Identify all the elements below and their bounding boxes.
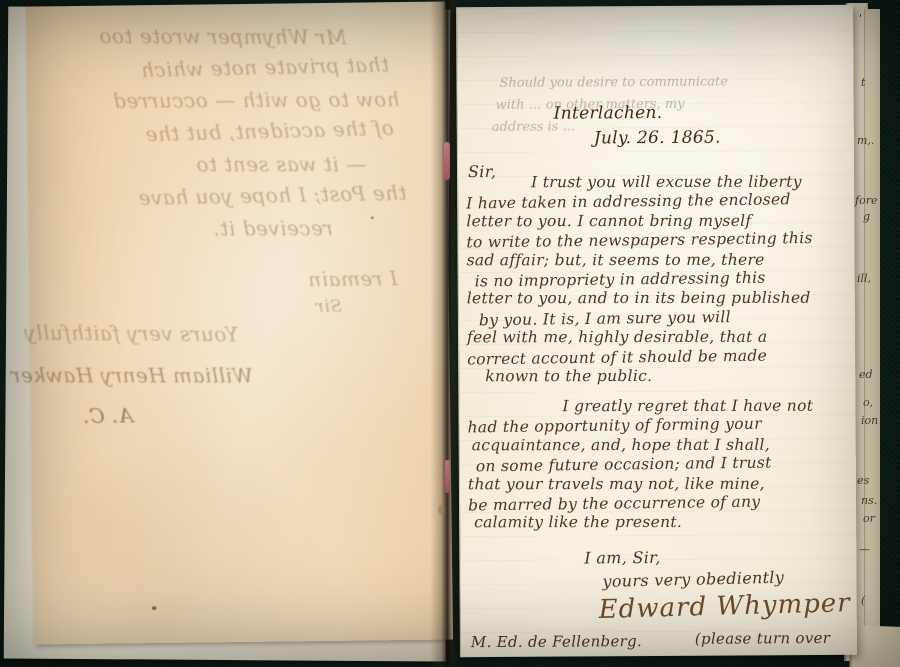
- book-gutter-shadow: [430, 0, 458, 667]
- letter-line: on some future occasion; and I trust: [468, 453, 856, 477]
- letter-line: I have taken in addressing the enclosed: [466, 190, 854, 214]
- bleedthrough-line: received it.: [55, 212, 333, 245]
- edge-fragment: ': [859, 12, 862, 25]
- bleedthrough-closing-line: Yours very faithfully: [24, 316, 239, 350]
- edge-fragment: ill,: [857, 272, 871, 285]
- red-binding-thread: [445, 460, 450, 493]
- edge-fragment: g: [863, 210, 870, 223]
- gutter-stain: [438, 505, 445, 515]
- letter-paragraph-1: I trust you will excuse the liberty I ha…: [466, 172, 855, 388]
- edge-fragment: t: [861, 76, 865, 89]
- please-turn-over-note: (please turn over: [695, 629, 830, 648]
- letter-line: calamity like the present.: [468, 513, 856, 533]
- bleedthrough-line: — it was sent to: [54, 148, 366, 181]
- letter-closing-line: I am, Sir,: [584, 548, 660, 567]
- letter-closing-line: yours very obediently: [602, 568, 784, 591]
- letter-line: had the opportunity of forming your: [467, 414, 855, 438]
- letter-paragraph-2: I greatly regret that I have not had the…: [467, 396, 856, 534]
- edge-fragment: (: [861, 594, 865, 607]
- bleedthrough-line: the Post; I hope you have: [54, 177, 407, 216]
- letter-line: known to the public.: [467, 367, 855, 387]
- bleedthrough-closing-line: Sir: [315, 291, 342, 323]
- edge-fragment: ns.: [861, 494, 877, 507]
- bleedthrough-mirrored-text: Mr Whymper wrote too that private note w…: [52, 18, 423, 622]
- left-letter-page: Mr Whymper wrote too that private note w…: [26, 1, 453, 644]
- bleedthrough-line: Mr Whymper wrote too: [53, 20, 347, 54]
- right-letter-page: Should you desire to communicate with … …: [456, 5, 857, 657]
- edge-fragment: —: [859, 543, 870, 556]
- letter-line: letter to you, and to in its being publi…: [467, 289, 855, 309]
- edge-fragment: ed: [859, 368, 873, 381]
- edge-fragment: m,.: [857, 134, 874, 147]
- faint-pencil-line: Should you desire to communicate: [499, 71, 829, 95]
- bleedthrough-line: of the accident, but the: [53, 112, 394, 153]
- edge-fragment: es: [857, 474, 869, 487]
- letter-signature: Edward Whymper: [598, 588, 851, 625]
- letter-line: feel with me, highly desirable, that a: [467, 328, 855, 348]
- edge-fragment: ion: [861, 414, 878, 427]
- red-binding-thread: [444, 142, 450, 180]
- letter-line: to write to the newspapers respecting th…: [466, 229, 854, 253]
- letter-place-line: Interlachen.: [554, 103, 663, 124]
- bleedthrough-line: that private note which: [53, 48, 390, 88]
- photo-open-letter-album: Mr Whymper wrote too that private note w…: [0, 0, 900, 667]
- edge-fragment: fore: [855, 194, 877, 207]
- letter-addressee: M. Ed. de Fellenberg.: [471, 632, 642, 651]
- bleedthrough-signature: William Henry Hawker: [10, 359, 252, 391]
- letter-date-line: July. 26. 1865.: [594, 128, 721, 149]
- edge-fragment: or: [863, 512, 875, 525]
- bleedthrough-initials: A. C.: [82, 399, 133, 432]
- edge-fragment: o,: [863, 396, 873, 409]
